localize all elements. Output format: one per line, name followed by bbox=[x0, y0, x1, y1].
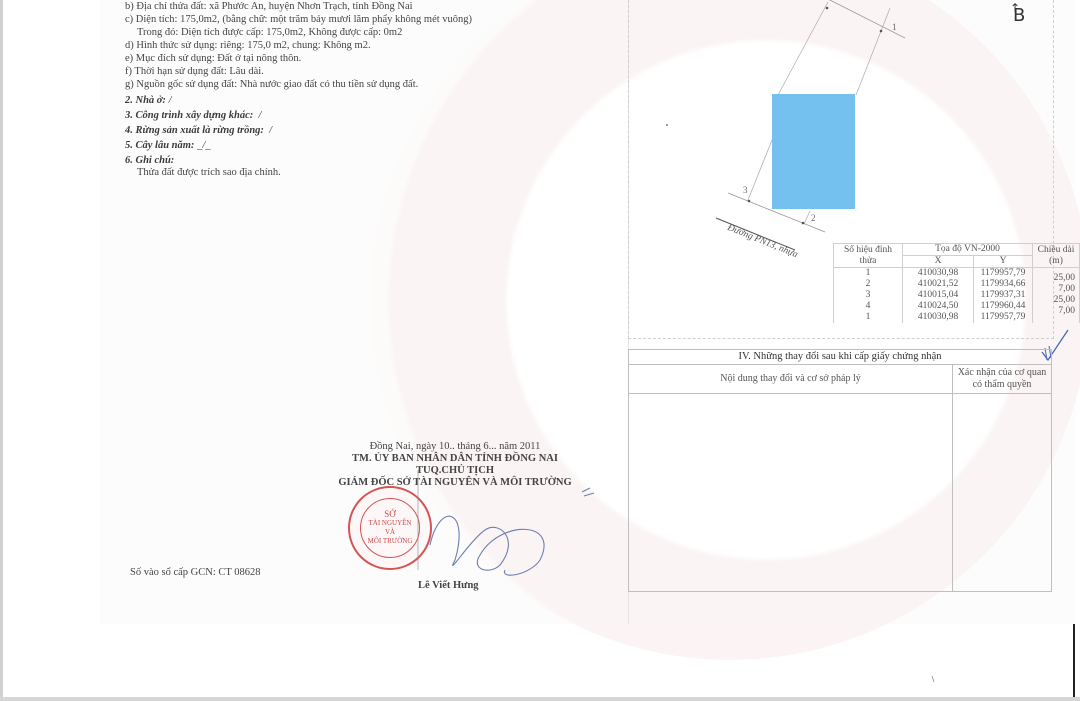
vertex-id: 2 bbox=[838, 279, 898, 290]
y-value: 1179957,79 bbox=[978, 268, 1028, 279]
changes-table: IV. Những thay đổi sau khi cấp giấy chứn… bbox=[628, 349, 1052, 592]
vertex-id: 4 bbox=[838, 301, 898, 312]
coordinates-table: Số hiệu đỉnh thửa Tọa độ VN-2000 Chiều d… bbox=[833, 243, 1080, 323]
parcel-highlight bbox=[772, 94, 855, 209]
x-value: 410024,50 bbox=[907, 301, 969, 312]
y-values: 1179957,79 1179934,66 1179937,31 1179960… bbox=[974, 268, 1033, 324]
vertex-label-2: 2 bbox=[811, 212, 816, 224]
length-value: 25,00 bbox=[1037, 295, 1075, 306]
changes-title: IV. Những thay đổi sau khi cấp giấy chứn… bbox=[629, 350, 1051, 365]
length-value: 25,00 bbox=[1037, 273, 1075, 284]
header-coordinates: Tọa độ VN-2000 bbox=[903, 244, 1033, 256]
column-divider bbox=[952, 393, 953, 592]
length-value: 7,00 bbox=[1037, 306, 1075, 317]
x-values: 410030,98 410021,52 410015,04 410024,50 … bbox=[903, 268, 974, 324]
col-change-content: Nội dung thay đổi và cơ sở pháp lý bbox=[629, 365, 952, 393]
x-value: 410030,98 bbox=[907, 312, 969, 323]
header-y: Y bbox=[974, 256, 1033, 268]
y-value: 1179960,44 bbox=[978, 301, 1028, 312]
header-length: Chiều dài (m) bbox=[1033, 244, 1080, 268]
header-vertex: Số hiệu đỉnh thửa bbox=[834, 244, 903, 268]
length-value: 7,00 bbox=[1037, 284, 1075, 295]
bottom-edge bbox=[0, 697, 1080, 701]
vertex-id: 1 bbox=[838, 268, 898, 279]
vertex-id: 1 bbox=[838, 312, 898, 323]
vertex-label-1: 1 bbox=[892, 21, 897, 33]
y-value: 1179934,66 bbox=[978, 279, 1028, 290]
x-value: 410015,04 bbox=[907, 290, 969, 301]
col-authority-confirmation: Xác nhận của cơ quan có thẩm quyền bbox=[952, 365, 1051, 393]
x-value: 410030,98 bbox=[907, 268, 969, 279]
right-edge-bar bbox=[1073, 624, 1075, 697]
length-values: 25,00 7,00 25,00 7,00 bbox=[1033, 268, 1080, 324]
x-value: 410021,52 bbox=[907, 279, 969, 290]
changes-header-row: Nội dung thay đổi và cơ sở pháp lý Xác n… bbox=[629, 365, 1051, 394]
vertex-ids: 1 2 3 4 1 bbox=[834, 268, 903, 324]
y-value: 1179957,79 bbox=[978, 312, 1028, 323]
y-value: 1179937,31 bbox=[978, 290, 1028, 301]
vertex-label-3: 3 bbox=[743, 184, 748, 196]
vertex-id: 3 bbox=[838, 290, 898, 301]
header-x: X bbox=[903, 256, 974, 268]
